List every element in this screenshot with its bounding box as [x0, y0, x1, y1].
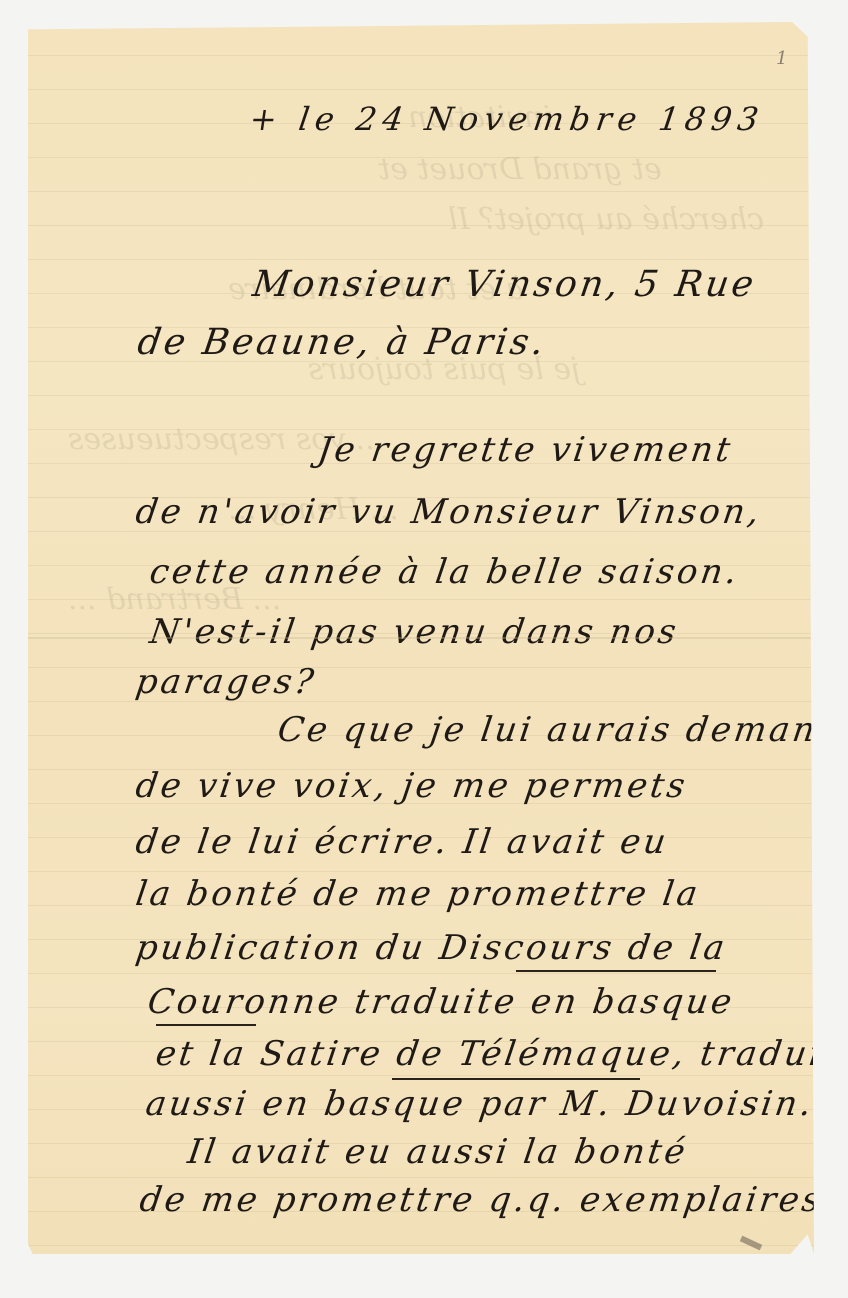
bleed-through-text: cherché au projet? Il	[448, 202, 764, 237]
bleed-through-text: et grand Drouet et	[378, 152, 662, 187]
body-line: la bonté de me promettre la	[133, 874, 703, 914]
body-text: publication du Discours de la	[133, 928, 730, 968]
body-line: Ce que je lui aurais demandé	[275, 710, 848, 750]
body-line: de me promettre q.q. exemplaires.	[137, 1180, 839, 1220]
body-line: Il avait eu aussi la bonté	[185, 1132, 690, 1172]
body-line: aussi en basque par M. Duvoisin.	[143, 1084, 817, 1124]
address-line-1: Monsieur Vinson, 5 Rue	[250, 264, 759, 305]
body-line: N'est-il pas venu dans nos	[147, 612, 681, 652]
letter-sheet: invitation et grand Drouet et cherché au…	[28, 22, 814, 1254]
body-line: cette année à la belle saison.	[147, 552, 742, 592]
date-line: + le 24 Novembre 1893	[247, 100, 767, 138]
address-line-2: de Beaune, à Paris.	[135, 322, 549, 363]
page-number: 1	[776, 48, 787, 69]
underline-telemaque	[392, 1078, 640, 1080]
underline-couronne	[156, 1024, 256, 1026]
body-line: parages?	[133, 662, 319, 702]
underline-discours	[516, 970, 716, 972]
body-line: de vive voix, je me permets	[133, 766, 690, 806]
body-line: Couronne traduite en basque	[145, 982, 737, 1022]
body-line: Je regrette vivement	[315, 430, 735, 470]
body-line: de n'avoir vu Monsieur Vinson,	[133, 492, 764, 532]
body-line: de le lui écrire. Il avait eu	[133, 822, 671, 862]
body-line: publication du Discours de la	[133, 928, 730, 968]
body-line: et la Satire de Télémaque, traduite	[153, 1034, 848, 1074]
